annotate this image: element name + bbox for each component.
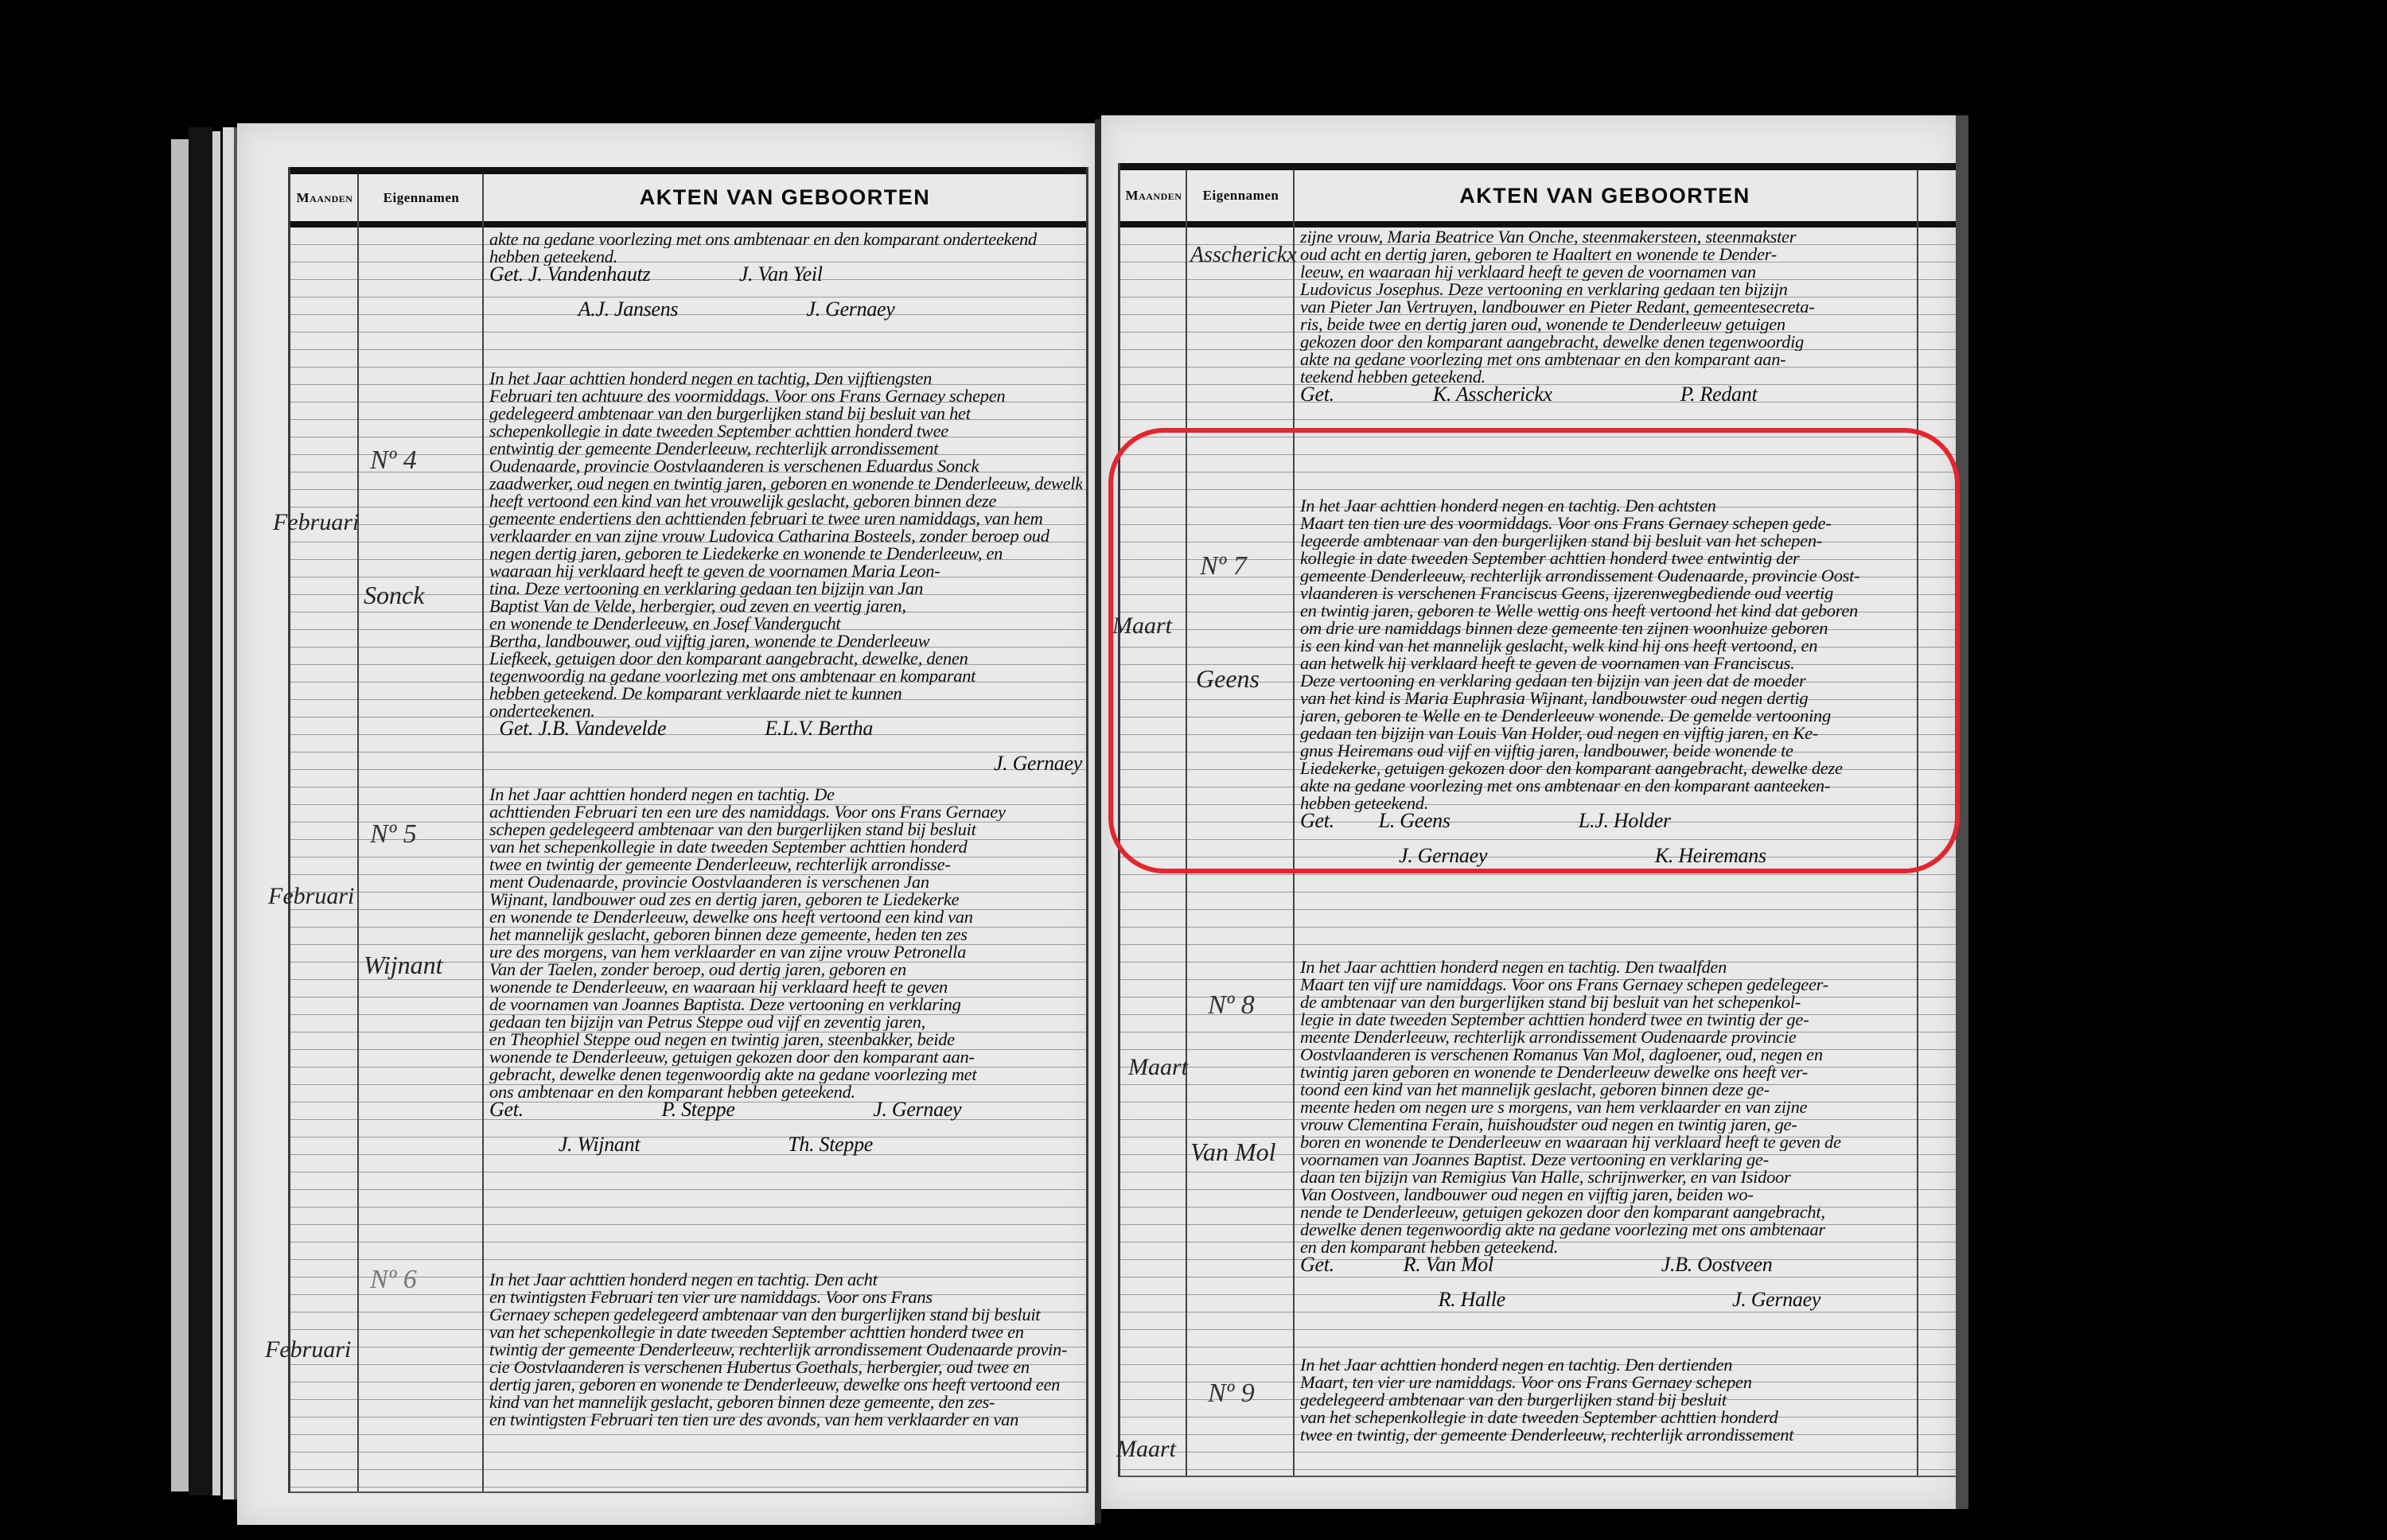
column-divider <box>1293 170 1295 1476</box>
act-line: en wonende te Denderleeuw, en Josef Vand… <box>489 615 1082 632</box>
header-bottom-rule <box>290 221 1086 227</box>
act-line: Bertha, landbouwer, oud vijftig jaren, w… <box>489 632 1082 650</box>
act-line: kind van het mannelijk geslacht, geboren… <box>489 1394 1082 1411</box>
header-top-rule <box>290 167 1086 174</box>
signature-line: Get. J.B. Vandevelde E.L.V. Bertha <box>489 720 1082 755</box>
act-line: Van Oostveen, landbouwer oud negen en vi… <box>1300 1186 1913 1204</box>
act-line: In het Jaar achttien honderd negen en ta… <box>489 370 1082 387</box>
act-line: is een kind van het mannelijk geslacht, … <box>1300 637 1913 655</box>
act-text-no7: In het Jaar achttien honderd negen en ta… <box>1300 497 1913 882</box>
act-line: ris, beide twee en dertig jaren oud, won… <box>1300 316 1913 333</box>
act-line: Ludovicus Josephus. Deze vertooning en v… <box>1300 281 1913 298</box>
act-line: schepenkollegie in date tweeden Septembe… <box>489 422 1082 440</box>
act-line: Oostvlaanderen is verschenen Romanus Van… <box>1300 1046 1913 1064</box>
act-line: cie Oostvlaanderen is verschenen Hubertu… <box>489 1359 1082 1376</box>
act-line: Oudenaarde, provincie Oostvlaanderen is … <box>489 457 1082 475</box>
act-line: legeerde ambtenaar van den burgerlijken … <box>1300 532 1913 550</box>
family-name: Wijnant <box>364 951 443 980</box>
act-line: negen dertig jaren, geboren te Liedekerk… <box>489 545 1082 562</box>
page-stack-edge <box>171 139 189 1491</box>
act-line: In het Jaar achttien honderd negen en ta… <box>489 1271 1082 1289</box>
act-line: leeuw, en waaraan hij verklaard heeft te… <box>1300 263 1913 281</box>
act-number: Nº 4 <box>370 445 417 476</box>
act-line: In het Jaar achttien honderd negen en ta… <box>1300 959 1913 976</box>
book-gutter <box>1095 119 1101 1523</box>
month-label: Maart <box>1112 612 1172 640</box>
act-line: het mannelijk geslacht, geboren binnen d… <box>489 926 1082 943</box>
act-line: aan hetwelk hij verklaard heeft te geven… <box>1300 655 1913 672</box>
act-line: Deze vertooning en verklaring gedaan ten… <box>1300 672 1913 690</box>
signature-line: R. Halle J. Gernaey <box>1300 1291 1913 1326</box>
act-line: dewelke denen tegenwoordig akte na gedan… <box>1300 1221 1913 1239</box>
act-line: twee en twintig, der gemeente Denderleeu… <box>1300 1426 1913 1444</box>
act-text-no6: In het Jaar achttien honderd negen en ta… <box>489 1271 1082 1429</box>
signature-line: Get. P. Steppe J. Gernaey <box>489 1101 1082 1136</box>
act-line: twintig der gemeente Denderleeuw, rechte… <box>489 1341 1082 1359</box>
act-line: legie in date tweeden September achttien… <box>1300 1011 1913 1029</box>
act-text-no9: In het Jaar achttien honderd negen en ta… <box>1300 1356 1913 1444</box>
act-line: In het Jaar achttien honderd negen en ta… <box>1300 497 1913 515</box>
column-divider <box>357 174 359 1491</box>
act-line: ure des morgens, van hem verklaarder en … <box>489 943 1082 961</box>
act-line: om drie ure namiddags binnen deze gemeen… <box>1300 620 1913 637</box>
column-divider <box>1186 170 1187 1476</box>
family-name: Sonck <box>364 581 424 610</box>
act-line: vlaanderen is verschenen Franciscus Geen… <box>1300 585 1913 602</box>
act-number: Nº 8 <box>1208 990 1255 1021</box>
act-line: twintig jaren geboren en wonende te Dend… <box>1300 1064 1913 1081</box>
act-line: akte na gedane voorlezing met ons ambten… <box>1300 777 1913 795</box>
family-name: Van Mol <box>1190 1137 1276 1167</box>
act-number: Nº 6 <box>370 1265 417 1295</box>
act-line: gedelegeerd ambtenaar van den burgerlijk… <box>1300 1391 1913 1409</box>
act-line: voornamen van Joannes Baptist. Deze vert… <box>1300 1151 1913 1169</box>
act-line: Liedekerke, getuigen gekozen door den ko… <box>1300 760 1913 777</box>
act-line: nende te Denderleeuw, getuigen gekozen d… <box>1300 1204 1913 1221</box>
act-line: schepen gedelegeerd ambtenaar van den bu… <box>489 821 1082 838</box>
signature-line: Get. K. Asscherickx P. Redant <box>1300 386 1913 421</box>
act-line: oud acht en dertig jaren, geboren te Haa… <box>1300 246 1913 263</box>
act-line: heeft vertoond een kind van het vrouweli… <box>489 492 1082 510</box>
act-line: ment Oudenaarde, provincie Oostvlaandere… <box>489 873 1082 891</box>
act-line: wonende te Denderleeuw, en waaraan hij v… <box>489 978 1082 996</box>
left-register-page: Maanden Eigennamen AKTEN VAN GEBOORTEN a… <box>237 123 1095 1525</box>
left-register-table: Maanden Eigennamen AKTEN VAN GEBOORTEN a… <box>288 167 1088 1493</box>
act-line: van het schepenkollegie in date tweeden … <box>1300 1409 1913 1426</box>
act-line: akte na gedane voorlezing met ons ambten… <box>1300 351 1913 368</box>
column-header-maanden: Maanden <box>1120 170 1187 221</box>
act-line: waaraan hij verklaard heeft te geven de … <box>489 562 1082 580</box>
act-line: van het schepenkollegie in date tweeden … <box>489 1324 1082 1341</box>
act-line: daan ten bijzijn van Remigius Van Halle,… <box>1300 1169 1913 1186</box>
signature-line: Get. L. Geens L.J. Holder <box>1300 812 1913 847</box>
act-line: dertig jaren, geboren en wonende te Dend… <box>489 1376 1082 1394</box>
column-divider <box>1917 170 1918 1476</box>
act-line: Baptist Van de Velde, herbergier, oud ze… <box>489 597 1082 615</box>
act-line: kollegie in date tweeden September achtt… <box>1300 550 1913 567</box>
column-header-maanden: Maanden <box>290 174 359 221</box>
register-title: AKTEN VAN GEBOORTEN <box>484 174 1086 221</box>
signature-line: Get. R. Van Mol J.B. Oostveen <box>1300 1256 1913 1291</box>
right-register-table: Maanden Eigennamen AKTEN VAN GEBOORTEN A… <box>1118 163 1958 1477</box>
act-line: de ambtenaar van den burgerlijken stand … <box>1300 994 1913 1011</box>
act-line: wonende te Denderleeuw, getuigen gekozen… <box>489 1048 1082 1066</box>
act-line: van Pieter Jan Vertruyen, landbouwer en … <box>1300 298 1913 316</box>
act-line: zaadwerker, oud negen en twintig jaren, … <box>489 475 1082 492</box>
act-line: In het Jaar achttien honderd negen en ta… <box>489 786 1082 803</box>
page-stack-edge <box>223 127 234 1499</box>
act-number: Nº 7 <box>1200 551 1247 581</box>
act-line: van het schepenkollegie in date tweeden … <box>489 838 1082 856</box>
act-line: verklaarder en van zijne vrouw Ludovica … <box>489 527 1082 545</box>
act-line: In het Jaar achttien honderd negen en ta… <box>1300 1356 1913 1374</box>
signature-line: J. Gernaey K. Heiremans <box>1300 847 1913 882</box>
register-title: AKTEN VAN GEBOORTEN <box>1295 170 1915 221</box>
act-line: zijne vrouw, Maria Beatrice Van Onche, s… <box>1300 228 1913 246</box>
act-line: tegenwoordig na gedane voorlezing met on… <box>489 667 1082 685</box>
signature-line: J. Gernaey <box>489 755 1082 790</box>
act-line: gedelegeerd ambtenaar van den burgerlijk… <box>489 405 1082 422</box>
month-label: Maart <box>1128 1054 1188 1081</box>
act-line: en twintigsten Februari ten vier ure nam… <box>489 1289 1082 1306</box>
act-line: achttienden Februari ten een ure des nam… <box>489 803 1082 821</box>
page-stack-edge <box>212 131 220 1495</box>
act-line: gekozen door den komparant aangebracht, … <box>1300 333 1913 351</box>
act-line: hebben geteekend. De komparant verklaard… <box>489 685 1082 702</box>
act-line: toond een kind van het mannelijk geslach… <box>1300 1081 1913 1099</box>
act-line: gnus Heiremans oud vijf en vijftig jaren… <box>1300 742 1913 760</box>
month-label: Maart <box>1116 1436 1176 1463</box>
act-line: tina. Deze vertooning en verklaring geda… <box>489 580 1082 597</box>
act-line: en twintig jaren, geboren te Welle wetti… <box>1300 602 1913 620</box>
act-text-continuation: zijne vrouw, Maria Beatrice Van Onche, s… <box>1300 228 1913 421</box>
month-label: Februari <box>273 509 359 536</box>
act-line: entwintig der gemeente Denderleeuw, rech… <box>489 440 1082 457</box>
act-line: gedaan ten bijzijn van Petrus Steppe oud… <box>489 1013 1082 1031</box>
act-line: akte na gedane voorlezing met ons ambten… <box>489 231 1082 248</box>
act-line: twee en twintig der gemeente Denderleeuw… <box>489 856 1082 873</box>
act-line: de voornamen van Joannes Baptista. Deze … <box>489 996 1082 1013</box>
act-line: Februari ten achtuure des voormiddags. V… <box>489 387 1082 405</box>
act-number: Nº 5 <box>370 819 417 850</box>
act-text-no8: In het Jaar achttien honderd negen en ta… <box>1300 959 1913 1326</box>
act-line: Van der Taelen, zonder beroep, oud derti… <box>489 961 1082 978</box>
column-header-eigennamen: Eigennamen <box>1187 170 1295 221</box>
month-label: Februari <box>265 1336 351 1363</box>
act-line: van het kind is Maria Euphrasia Wijnant,… <box>1300 690 1913 707</box>
act-line: meente Denderleeuw, rechterlijk arrondis… <box>1300 1029 1913 1046</box>
act-number: Nº 9 <box>1208 1379 1255 1409</box>
month-label: Februari <box>268 883 354 910</box>
signature-line: J. Wijnant Th. Steppe <box>489 1136 1082 1171</box>
page-stack-edge <box>189 127 212 1495</box>
act-line: jaren, geboren te Welle en te Denderleeu… <box>1300 707 1913 725</box>
column-header-eigennamen: Eigennamen <box>359 174 484 221</box>
act-text-no5: In het Jaar achttien honderd negen en ta… <box>489 786 1082 1171</box>
right-page-edge <box>1956 115 1968 1509</box>
act-line: gedaan ten bijzijn van Louis Van Holder,… <box>1300 725 1913 742</box>
family-name: Geens <box>1196 664 1260 694</box>
act-line: gemeente Denderleeuw, rechterlijk arrond… <box>1300 567 1913 585</box>
act-line: Maart, ten vier ure namiddags. Voor ons … <box>1300 1374 1913 1391</box>
signature-line: Get. J. Vandenhautz J. Van Yeil <box>489 266 1082 301</box>
act-line: en Theophiel Steppe oud negen en twintig… <box>489 1031 1082 1048</box>
act-line: Gernaey schepen gedelegeerd ambtenaar va… <box>489 1306 1082 1324</box>
header-top-rule <box>1120 163 1956 170</box>
act-line: Maart ten tien ure des voormiddags. Voor… <box>1300 515 1913 532</box>
act-line: gebracht, dewelke denen tegenwoordig akt… <box>489 1066 1082 1083</box>
column-divider <box>482 174 484 1491</box>
header-bottom-rule <box>1120 221 1956 227</box>
signature-line: A.J. Jansens J. Gernaey <box>489 301 1082 336</box>
right-register-page: Maanden Eigennamen AKTEN VAN GEBOORTEN A… <box>1101 115 1959 1509</box>
act-line: Liefkeek, getuigen door den komparant aa… <box>489 650 1082 667</box>
act-line: boren en wonende te Denderleeuw en waara… <box>1300 1134 1913 1151</box>
act-line: vrouw Clementina Ferain, huishoudster ou… <box>1300 1116 1913 1134</box>
act-text-no4: In het Jaar achttien honderd negen en ta… <box>489 370 1082 790</box>
act-line: Wijnant, landbouwer oud zes en dertig ja… <box>489 891 1082 908</box>
act-line: gemeente endertiens den achttienden febr… <box>489 510 1082 527</box>
act-line: en wonende te Denderleeuw, dewelke ons h… <box>489 908 1082 926</box>
act-line: meente heden om negen ure s morgens, van… <box>1300 1099 1913 1116</box>
act-line: en twintigsten Februari ten tien ure des… <box>489 1411 1082 1429</box>
family-name: Asscherickx <box>1190 243 1297 268</box>
act-text-continuation: akte na gedane voorlezing met ons ambten… <box>489 231 1082 336</box>
act-line: Maart ten vijf ure namiddags. Voor ons F… <box>1300 976 1913 994</box>
